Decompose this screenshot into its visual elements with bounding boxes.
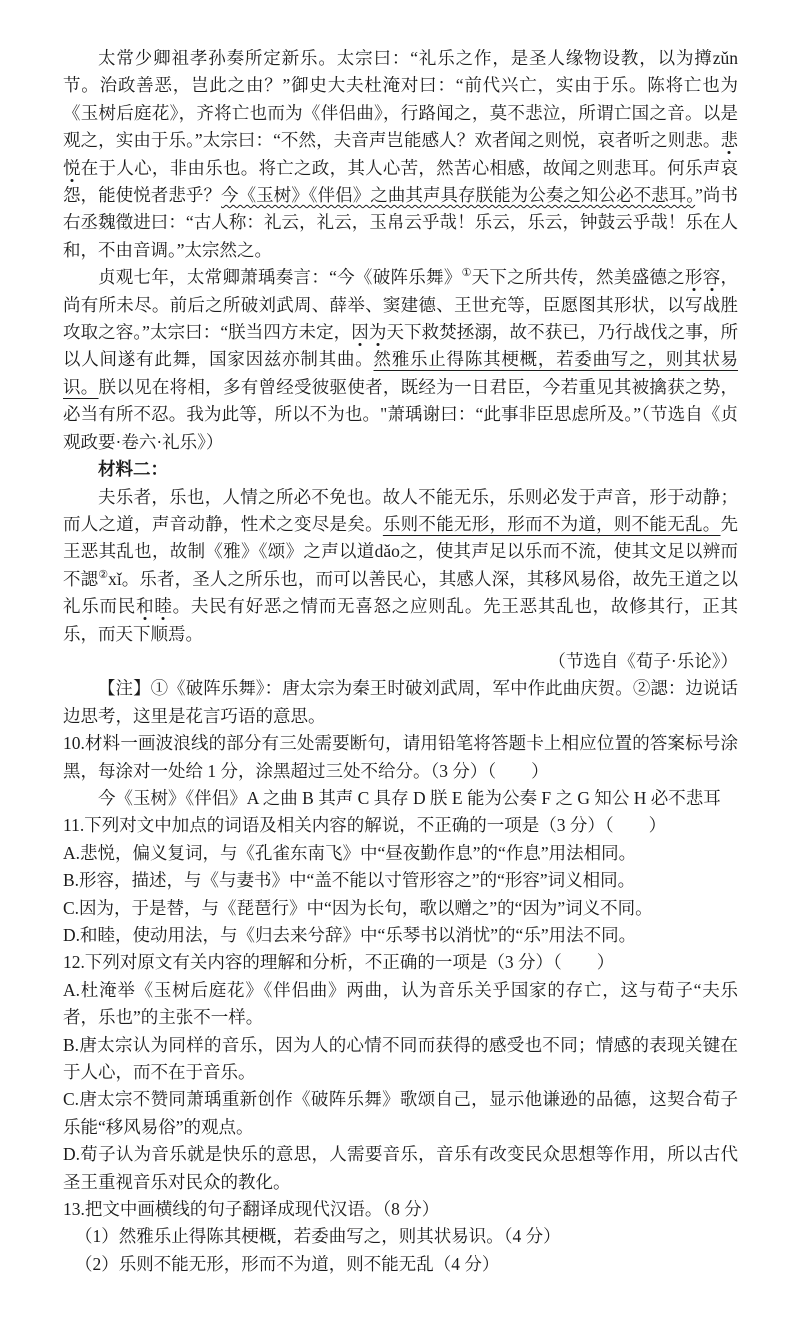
question-11-option-a: A.悲悦，偏义复词，与《孔雀东南飞》中“昼夜勤作息”的“作息”用法相同。 (63, 840, 738, 867)
text-segment-wavy: 今《玉树》《伴侣》之曲其声具存朕能为公奏之知公必不悲耳。 (221, 185, 695, 205)
question-12-option-d: D.荀子认为音乐就是快乐的意思，人需要音乐，音乐有改变民众思想等作用，所以古代圣… (63, 1141, 738, 1196)
text-segment-dots: 形容 (685, 267, 721, 287)
text-segment-plain: 贞观七年，太常卿萧瑀奏言：“今《破阵乐舞》 (98, 267, 462, 287)
question-10-stem: 10.材料一画波浪线的部分有三处需要断句，请用铅笔将答题卡上相应位置的答案标号涂… (63, 730, 738, 785)
exam-page: 太常少卿祖孝孙奏所定新乐。太宗曰：“礼乐之作，是圣人缘物设教，以为撙zǔn节。治… (0, 0, 800, 1318)
text-segment-plain: 朕以见在将相，多有曾经受彼驱使者，既经为一日君臣，今若重见其被擒获之势，必当有所… (63, 377, 738, 452)
material1-paragraph-2: 贞观七年，太常卿萧瑀奏言：“今《破阵乐舞》①天下之所共传，然美盛德之形容，尚有所… (63, 264, 738, 456)
text-segment-sup: ① (462, 267, 472, 279)
text-segment-dots: 和睦 (136, 596, 173, 616)
material1-paragraph-1: 太常少卿祖孝孙奏所定新乐。太宗曰：“礼乐之作，是圣人缘物设教，以为撙zǔn节。治… (63, 45, 738, 264)
text-segment-plain: 天下之所共传，然美盛德之 (472, 267, 685, 287)
notes-paragraph: 【注】①《破阵乐舞》：唐太宗为秦王时破刘武周，军中作此曲庆贺。②諰：边说话边思考… (63, 675, 738, 730)
question-10-answer-line: 今《玉树》《伴侣》A 之曲 B 其声 C 具存 D 朕 E 能为公奏 F 之 G… (63, 785, 738, 812)
emphasized-char: 悦 (63, 158, 81, 178)
text-segment-plain: 太常少卿祖孝孙奏所定新乐。太宗曰：“礼乐之作，是圣人缘物设教，以为撙zǔn节。治… (63, 48, 738, 150)
emphasized-char: 和 (136, 596, 154, 616)
material2-citation: （节选自《荀子·乐论》） (63, 648, 738, 675)
question-13-item-1: （1）然雅乐止得陈其梗概，若委曲写之，则其状易识。（4 分） (63, 1223, 738, 1250)
emphasized-char: 容 (703, 267, 721, 287)
material2-paragraph: 夫乐者，乐也，人情之所必不免也。故人不能无乐，乐则必发于声音，形于动静；而人之道… (63, 484, 738, 648)
question-11-stem: 11.下列对文中加点的词语及相关内容的解说，不正确的一项是（3 分）（ ） (63, 812, 738, 839)
text-segment-sup: ② (98, 569, 108, 581)
text-segment-dots: 因为 (351, 322, 386, 342)
material2-header: 材料二： (98, 459, 168, 479)
question-12-stem: 12.下列对原文有关内容的理解和分析，不正确的一项是（3 分）（ ） (63, 949, 738, 976)
question-12-option-b: B.唐太宗认为同样的音乐，因为人的心情不同而获得的感受也不同；情感的表现关键在于… (63, 1032, 738, 1087)
emphasized-char: 因 (351, 322, 369, 342)
emphasized-char: 形 (685, 267, 703, 287)
question-11-option-c: C.因为，于是替，与《琵琶行》中“因为长句，歌以赠之”的“因为”词义不同。 (63, 895, 738, 922)
question-11-option-b: B.形容，描述，与《与妻书》中“盖不能以寸管形容之”的“形容”词义相同。 (63, 867, 738, 894)
question-13-item-2: （2）乐则不能无形，形而不为道，则不能无乱（4 分） (63, 1251, 738, 1278)
emphasized-char: 悲 (721, 130, 739, 150)
question-12-option-a: A.杜淹举《玉树后庭花》《伴侣曲》两曲，认为音乐关乎国家的存亡，这与荀子“夫乐者… (63, 977, 738, 1032)
emphasized-char: 睦 (154, 596, 172, 616)
question-13-stem: 13.把文中画横线的句子翻译成现代汉语。（8 分） (63, 1196, 738, 1223)
question-11-option-d: D.和睦，使动用法，与《归去来兮辞》中“乐琴书以消忧”的“乐”用法不同。 (63, 922, 738, 949)
text-segment-underline: 乐则不能无形，形而不为道，则不能无乱。 (383, 514, 721, 534)
question-12-option-c: C.唐太宗不赞同萧瑀重新创作《破阵乐舞》歌颂自己，显示他谦逊的品德，这契合荀子乐… (63, 1086, 738, 1141)
material2-header-line: 材料二： (63, 456, 738, 483)
emphasized-char: 为 (369, 322, 387, 342)
